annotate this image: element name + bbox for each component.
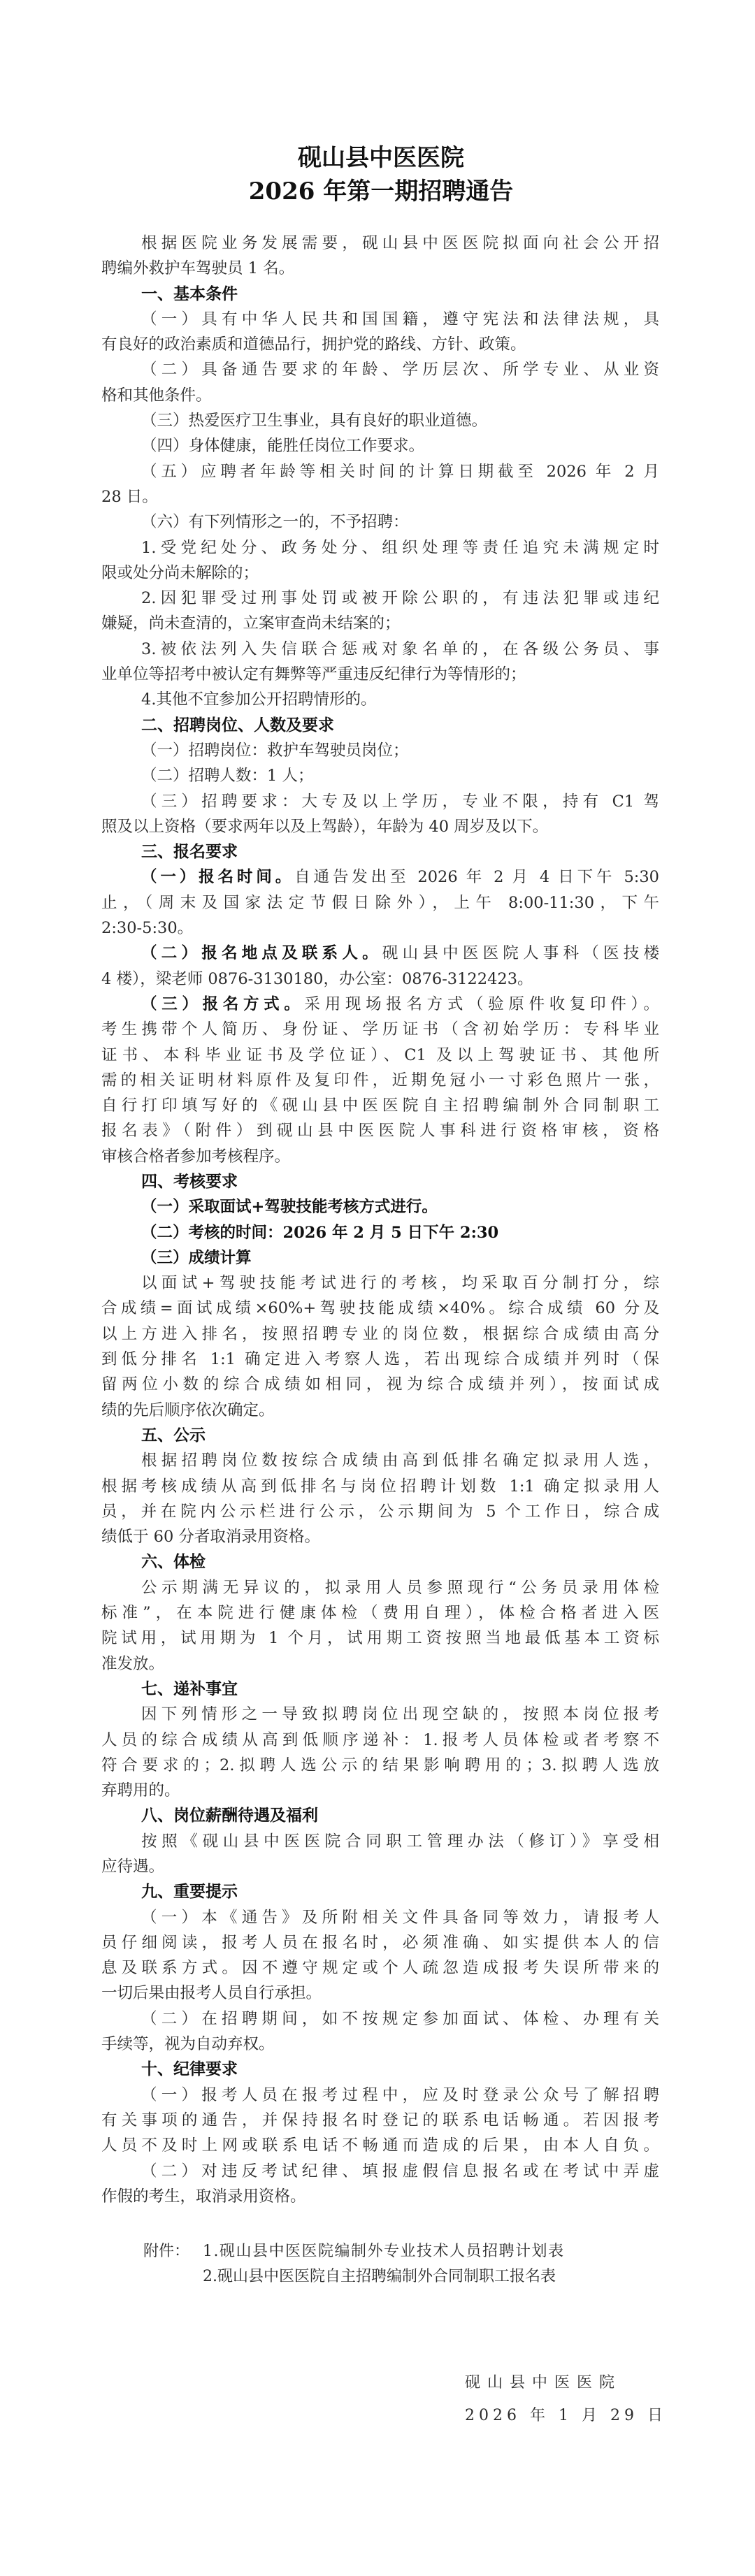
line-text: 证书、本科毕业证书及学位证）、C1 及以上驾驶证书、其他所 — [101, 1046, 659, 1064]
body-line: （二）在招聘期间，如不按规定参加面试、体检、办理有关 — [101, 2006, 659, 2032]
line-text: 限或处分尚未解除的； — [101, 564, 259, 582]
line-text: 弃聘用的。 — [101, 1781, 180, 1800]
body-line: 需的相关证明材料原件及复印件，近期免冠小一寸彩色照片一张， — [101, 1068, 659, 1093]
section-heading: 五、公示 — [101, 1423, 659, 1448]
body-line: 留两位小数的综合成绩如相同，视为综合成绩并列），按面试成 — [101, 1372, 659, 1397]
line-text: 需的相关证明材料原件及复印件，近期免冠小一寸彩色照片一张， — [101, 1071, 659, 1090]
body-line: 息及联系方式。因不遵守规定或个人疏忽造成报考失误所带来的 — [101, 1955, 659, 1981]
section-heading: 八、岗位薪酬待遇及福利 — [101, 1803, 659, 1828]
line-text: 聘编外救护车驾驶员 1 名。 — [101, 259, 294, 277]
body-line: 手续等，视为自动弃权。 — [101, 2032, 659, 2057]
line-text: 4 楼），梁老师 0876-3130180，办公室：0876-3122423。 — [101, 970, 533, 988]
line-text: 有良好的政治素质和道德品行，拥护党的路线、方针、政策。 — [101, 335, 526, 354]
line-text: （一）具有中华人民共和国国籍，遵守宪法和法律法规，具 — [141, 310, 659, 328]
body-line: 员仔细阅读，报考人员在报名时，必须准确、如实提供本人的信 — [101, 1930, 659, 1955]
attachment-item-2: 2.砚山县中医医院自主招聘编制外合同制职工报名表 — [203, 2264, 556, 2289]
line-text: （一）本《通告》及所附相关文件具备同等效力，请报考人 — [141, 1909, 659, 1927]
document-title-notice: 2026 年第一期招聘通告 — [0, 172, 755, 206]
body-line: 符合要求的；2.拟聘人选公示的结果影响聘用的；3.拟聘人选放 — [101, 1753, 659, 1778]
line-text: 四、考核要求 — [141, 1173, 238, 1191]
body-line: 照及以上资格（要求两年以及上驾龄），年龄为 40 周岁及以下。 — [101, 814, 659, 839]
body-line: 1.受党纪处分、政务处分、组织处理等责任追究未满规定时 — [101, 535, 659, 560]
body-line: 根据医院业务发展需要，砚山县中医医院拟面向社会公开招 — [101, 231, 659, 256]
line-text: 2.因犯罪受过刑事处罚或被开除公职的，有违法犯罪或违纪 — [141, 589, 659, 607]
body-line: 报名表》（附件）到砚山县中医医院人事科进行资格审核，资格 — [101, 1118, 659, 1143]
line-text: 28 日。 — [101, 488, 158, 506]
line-text: 作假的考生，取消录用资格。 — [101, 2187, 306, 2206]
subsection-label: （二）报名地点及联系人。 — [141, 944, 382, 962]
section-heading: 十、纪律要求 — [101, 2057, 659, 2082]
line-text: 八、岗位薪酬待遇及福利 — [141, 1807, 318, 1825]
line-text: 自行打印填写好的《砚山县中医医院自主招聘编制外合同制职工 — [101, 1097, 659, 1115]
line-text: （一）报考人员在报考过程中，应及时登录公众号了解招聘 — [141, 2086, 659, 2104]
line-text: 按照《砚山县中医医院合同职工管理办法（修订）》享受相 — [141, 1832, 659, 1851]
section-heading: 九、重要提示 — [101, 1879, 659, 1904]
body-line: （二）报名地点及联系人。砚山县中医医院人事科（医技楼 — [101, 941, 659, 966]
body-line: 自行打印填写好的《砚山县中医医院自主招聘编制外合同制职工 — [101, 1093, 659, 1118]
section-heading: 七、递补事宜 — [101, 1677, 659, 1702]
body-line: （五）应聘者年龄等相关时间的计算日期截至 2026 年 2 月 — [101, 459, 659, 484]
section-heading: 六、体检 — [101, 1549, 659, 1575]
body-line: 限或处分尚未解除的； — [101, 560, 659, 586]
line-text: 以上方进入排名，按照招聘专业的岗位数，根据综合成绩由高分 — [101, 1325, 659, 1343]
body-line: （二）具备通告要求的年龄、学历层次、所学专业、从业资 — [101, 357, 659, 382]
notice-body: 根据医院业务发展需要，砚山县中医医院拟面向社会公开招聘编外救护车驾驶员 1 名。… — [101, 231, 659, 2209]
line-text: （二）招聘人数：1 人； — [141, 767, 313, 785]
line-text: 符合要求的；2.拟聘人选公示的结果影响聘用的；3.拟聘人选放 — [101, 1756, 659, 1774]
line-text: 2:30-5:30。 — [101, 919, 193, 937]
line-text: 应待遇。 — [101, 1858, 164, 1876]
body-line: （二）招聘人数：1 人； — [101, 763, 659, 788]
body-line: （三）成绩计算 — [101, 1245, 659, 1271]
body-line: 根据招聘岗位数按综合成绩由高到低排名确定拟录用人选， — [101, 1448, 659, 1473]
body-line: （一）本《通告》及所附相关文件具备同等效力，请报考人 — [101, 1905, 659, 1930]
body-line: （三）招聘要求：大专及以上学历，专业不限，持有 C1 驾 — [101, 789, 659, 814]
subsection-label: （二）考核的时间：2026 年 2 月 5 日下午 2:30 — [141, 1224, 498, 1242]
body-line: 绩低于 60 分者取消录用资格。 — [101, 1524, 659, 1549]
body-line: 合成绩=面试成绩×60%+驾驶技能成绩×40%。综合成绩 60 分及 — [101, 1296, 659, 1321]
attachment-item-1: 1.砚山县中医医院编制外专业技术人员招聘计划表 — [203, 2239, 565, 2264]
line-text: 有关事项的通告，并保持报名时登记的联系电话畅通。若因报考 — [101, 2111, 659, 2129]
line-text: 人员不及时上网或联系电话不畅通而造成的后果，由本人自负。 — [101, 2136, 659, 2155]
line-text: 因下列情形之一导致拟聘岗位出现空缺的，按照本岗位报考 — [141, 1705, 659, 1723]
line-text: 业单位等招考中被认定有舞弊等严重违反纪律行为等情形的； — [101, 665, 526, 683]
body-line: （二）考核的时间：2026 年 2 月 5 日下午 2:30 — [101, 1220, 659, 1245]
body-line: 应待遇。 — [101, 1854, 659, 1879]
body-line: 一切后果由报考人员自行承担。 — [101, 1981, 659, 2006]
line-text: 自通告发出至 2026 年 2 月 4 日下午 5:30 — [294, 868, 659, 886]
body-line: 绩的先后顺序依次确定。 — [101, 1398, 659, 1423]
body-line: 有关事项的通告，并保持报名时登记的联系电话畅通。若因报考 — [101, 2108, 659, 2133]
line-text: 根据招聘岗位数按综合成绩由高到低排名确定拟录用人选， — [141, 1452, 659, 1470]
body-line: 止，（周末及国家法定节假日除外），上午 8:00-11:30，下午 — [101, 890, 659, 916]
subsection-label: （三）成绩计算 — [141, 1249, 252, 1267]
signature-date: 2026 年 1 月 29 日 — [465, 2403, 667, 2429]
body-line: 审核合格者参加考核程序。 — [101, 1144, 659, 1169]
body-line: 2:30-5:30。 — [101, 916, 659, 941]
line-text: 三、报名要求 — [141, 843, 238, 861]
line-text: （四）身体健康，能胜任岗位工作要求。 — [141, 437, 424, 455]
line-text: （六）有下列情形之一的，不予招聘： — [141, 513, 409, 531]
line-text: 二、招聘岗位、人数及要求 — [141, 716, 334, 735]
section-heading: 三、报名要求 — [101, 839, 659, 864]
line-text: 4.其他不宜参加公开招聘情形的。 — [141, 690, 376, 709]
body-line: （一）招聘岗位：救护车驾驶员岗位； — [101, 738, 659, 763]
body-line: 以上方进入排名，按照招聘专业的岗位数，根据综合成绩由高分 — [101, 1322, 659, 1347]
body-line: 2.因犯罪受过刑事处罚或被开除公职的，有违法犯罪或违纪 — [101, 586, 659, 611]
line-text: 手续等，视为自动弃权。 — [101, 2035, 275, 2053]
line-text: （三）招聘要求：大专及以上学历，专业不限，持有 C1 驾 — [141, 793, 659, 811]
line-text: 到低分排名 1:1 确定进入考察人选，若出现综合成绩并列时（保 — [101, 1350, 659, 1368]
section-heading: 一、基本条件 — [101, 282, 659, 307]
body-line: 嫌疑，尚未查清的，立案审查尚未结案的； — [101, 611, 659, 636]
line-text: 根据医院业务发展需要，砚山县中医医院拟面向社会公开招 — [141, 234, 659, 252]
line-text: 院试用，试用期为 1 个月，试用期工资按照当地最低基本工资标 — [101, 1629, 659, 1647]
line-text: 绩的先后顺序依次确定。 — [101, 1401, 275, 1419]
line-text: 标准”，在本院进行健康体检（费用自理），体检合格者进入医 — [101, 1604, 659, 1622]
line-text: （三）热爱医疗卫生事业，具有良好的职业道德。 — [141, 412, 487, 430]
body-line: 有良好的政治素质和道德品行，拥护党的路线、方针、政策。 — [101, 332, 659, 357]
body-line: 标准”，在本院进行健康体检（费用自理），体检合格者进入医 — [101, 1600, 659, 1626]
signature-org: 砚山县中医医院 — [465, 2371, 621, 2396]
body-line: 以面试+驾驶技能考试进行的考核，均采取百分制打分，综 — [101, 1271, 659, 1296]
body-line: 业单位等招考中被认定有舞弊等严重违反纪律行为等情形的； — [101, 662, 659, 687]
body-line: 公示期满无异议的，拟录用人员参照现行“公务员录用体检 — [101, 1575, 659, 1600]
section-heading: 二、招聘岗位、人数及要求 — [101, 713, 659, 738]
body-line: （六）有下列情形之一的，不予招聘： — [101, 509, 659, 535]
line-text: 以面试+驾驶技能考试进行的考核，均采取百分制打分，综 — [141, 1274, 659, 1292]
line-text: 公示期满无异议的，拟录用人员参照现行“公务员录用体检 — [141, 1579, 659, 1597]
body-line: 考生携带个人简历、身份证、学历证书（含初始学历：专科毕业 — [101, 1017, 659, 1042]
body-line: （一）采取面试+驾驶技能考核方式进行。 — [101, 1194, 659, 1220]
line-text: 合成绩=面试成绩×60%+驾驶技能成绩×40%。综合成绩 60 分及 — [101, 1299, 659, 1317]
line-text: 照及以上资格（要求两年以及上驾龄），年龄为 40 周岁及以下。 — [101, 818, 548, 836]
body-line: （三）热爱医疗卫生事业，具有良好的职业道德。 — [101, 408, 659, 433]
body-line: （一）报考人员在报考过程中，应及时登录公众号了解招聘 — [101, 2083, 659, 2108]
line-text: 考生携带个人简历、身份证、学历证书（含初始学历：专科毕业 — [101, 1020, 659, 1039]
section-heading: 四、考核要求 — [101, 1169, 659, 1194]
document-title-org: 砚山县中医医院 — [0, 138, 755, 173]
line-text: 七、递补事宜 — [141, 1680, 238, 1698]
subsection-label: （三）报名方式。 — [141, 995, 305, 1013]
line-text: 1.受党纪处分、政务处分、组织处理等责任追究未满规定时 — [141, 539, 659, 557]
line-text: 员仔细阅读，报考人员在报名时，必须准确、如实提供本人的信 — [101, 1934, 659, 1952]
line-text: 3.被依法列入失信联合惩戒对象名单的，在各级公务员、事 — [141, 640, 659, 658]
line-text: 十、纪律要求 — [141, 2060, 238, 2078]
line-text: 根据考核成绩从高到低排名与岗位招聘计划数 1:1 确定拟录用人 — [101, 1477, 659, 1496]
body-line: 3.被依法列入失信联合惩戒对象名单的，在各级公务员、事 — [101, 637, 659, 662]
line-text: 九、重要提示 — [141, 1883, 238, 1901]
line-text: 绩低于 60 分者取消录用资格。 — [101, 1528, 320, 1546]
line-text: （二）具备通告要求的年龄、学历层次、所学专业、从业资 — [141, 361, 659, 379]
body-line: 准发放。 — [101, 1651, 659, 1677]
line-text: 人员的综合成绩从高到低顺序递补：1.报考人员体检或者考察不 — [101, 1731, 659, 1749]
body-line: 证书、本科毕业证书及学位证）、C1 及以上驾驶证书、其他所 — [101, 1043, 659, 1068]
line-text: 准发放。 — [101, 1655, 164, 1673]
body-line: （二）对违反考试纪律、填报虚假信息报名或在考试中弄虚 — [101, 2159, 659, 2184]
body-line: 人员不及时上网或联系电话不畅通而造成的后果，由本人自负。 — [101, 2133, 659, 2158]
body-line: （三）报名方式。采用现场报名方式（验原件收复印件）。 — [101, 992, 659, 1017]
attachments-label: 附件： — [143, 2239, 189, 2264]
line-text: 六、体检 — [141, 1553, 206, 1571]
body-line: 到低分排名 1:1 确定进入考察人选，若出现综合成绩并列时（保 — [101, 1347, 659, 1372]
body-line: 聘编外救护车驾驶员 1 名。 — [101, 256, 659, 281]
line-text: 报名表》（附件）到砚山县中医医院人事科进行资格审核，资格 — [101, 1122, 659, 1140]
line-text: 嫌疑，尚未查清的，立案审查尚未结案的； — [101, 614, 401, 632]
line-text: 止，（周末及国家法定节假日除外），上午 8:00-11:30，下午 — [101, 894, 659, 912]
line-text: 审核合格者参加考核程序。 — [101, 1148, 290, 1166]
line-text: （五）应聘者年龄等相关时间的计算日期截至 2026 年 2 月 — [141, 463, 659, 481]
line-text: 格和其他条件。 — [101, 386, 212, 405]
body-line: 根据考核成绩从高到低排名与岗位招聘计划数 1:1 确定拟录用人 — [101, 1474, 659, 1499]
body-line: （四）身体健康，能胜任岗位工作要求。 — [101, 433, 659, 458]
line-text: 一、基本条件 — [141, 285, 238, 303]
line-text: 一切后果由报考人员自行承担。 — [101, 1984, 322, 2002]
line-text: （一）招聘岗位：救护车驾驶员岗位； — [141, 741, 409, 760]
body-line: 人员的综合成绩从高到低顺序递补：1.报考人员体检或者考察不 — [101, 1728, 659, 1753]
body-line: （一）报名时间。自通告发出至 2026 年 2 月 4 日下午 5:30 — [101, 864, 659, 890]
subsection-label: （一）采取面试+驾驶技能考核方式进行。 — [141, 1198, 438, 1216]
line-text: （二）对违反考试纪律、填报虚假信息报名或在考试中弄虚 — [141, 2162, 659, 2180]
body-line: 4.其他不宜参加公开招聘情形的。 — [101, 687, 659, 712]
line-text: 息及联系方式。因不遵守规定或个人疏忽造成报考失误所带来的 — [101, 1959, 659, 1977]
body-line: 格和其他条件。 — [101, 383, 659, 408]
body-line: 28 日。 — [101, 484, 659, 509]
body-line: 作假的考生，取消录用资格。 — [101, 2184, 659, 2209]
body-line: 按照《砚山县中医医院合同职工管理办法（修订）》享受相 — [101, 1829, 659, 1854]
body-line: 4 楼），梁老师 0876-3130180，办公室：0876-3122423。 — [101, 967, 659, 992]
body-line: 院试用，试用期为 1 个月，试用期工资按照当地最低基本工资标 — [101, 1626, 659, 1651]
body-line: （一）具有中华人民共和国国籍，遵守宪法和法律法规，具 — [101, 307, 659, 332]
line-text: 五、公示 — [141, 1426, 206, 1445]
subsection-label: （一）报名时间。 — [141, 868, 294, 886]
line-text: 员，并在院内公示栏进行公示，公示期间为 5 个工作日，综合成 — [101, 1503, 659, 1521]
line-text: 采用现场报名方式（验原件收复印件）。 — [305, 995, 659, 1013]
body-line: 弃聘用的。 — [101, 1778, 659, 1803]
line-text: 留两位小数的综合成绩如相同，视为综合成绩并列），按面试成 — [101, 1375, 659, 1394]
line-text: （二）在招聘期间，如不按规定参加面试、体检、办理有关 — [141, 2010, 659, 2028]
body-line: 员，并在院内公示栏进行公示，公示期间为 5 个工作日，综合成 — [101, 1499, 659, 1524]
body-line: 因下列情形之一导致拟聘岗位出现空缺的，按照本岗位报考 — [101, 1702, 659, 1727]
line-text: 砚山县中医医院人事科（医技楼 — [382, 944, 659, 962]
